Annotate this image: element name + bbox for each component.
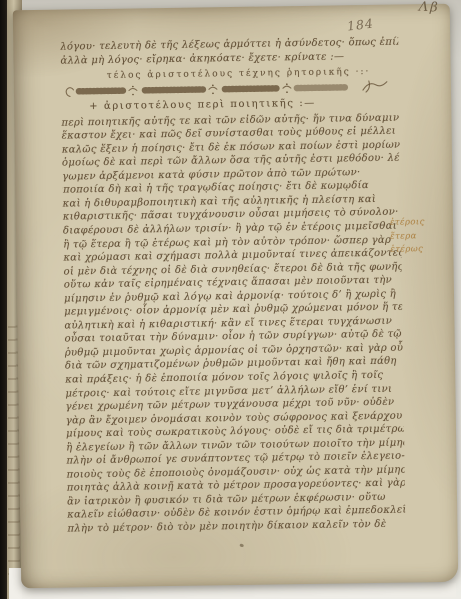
ink-dot [239,543,244,547]
manuscript-page: Λβ 184 λόγου· τελευτὴ δὲ τῆς λέξεως ἁρμό… [13,4,459,588]
folio-number: 184 [346,16,374,34]
marginal-note: ἑτέρως [390,243,425,257]
manuscript-photo: Λβ 184 λόγου· τελευτὴ δὲ τῆς λέξεως ἁρμό… [0,0,461,599]
facing-leaf-bottom-edge [9,568,22,599]
marginal-note: ἕτερα [390,230,425,244]
quire-signature: Λβ [418,0,440,16]
marginal-note: ἑτέροις [390,216,425,230]
poetics-body: περὶ ποιητικῆς αὐτῆς τε καὶ τῶν εἰδῶν αὐ… [61,111,405,536]
marginal-notes: ἑτέροις ἕτερα ἑτέρως [390,216,425,257]
text-block: λόγου· τελευτὴ δὲ τῆς λέξεως ἁρμόττει ἡ … [60,36,405,539]
